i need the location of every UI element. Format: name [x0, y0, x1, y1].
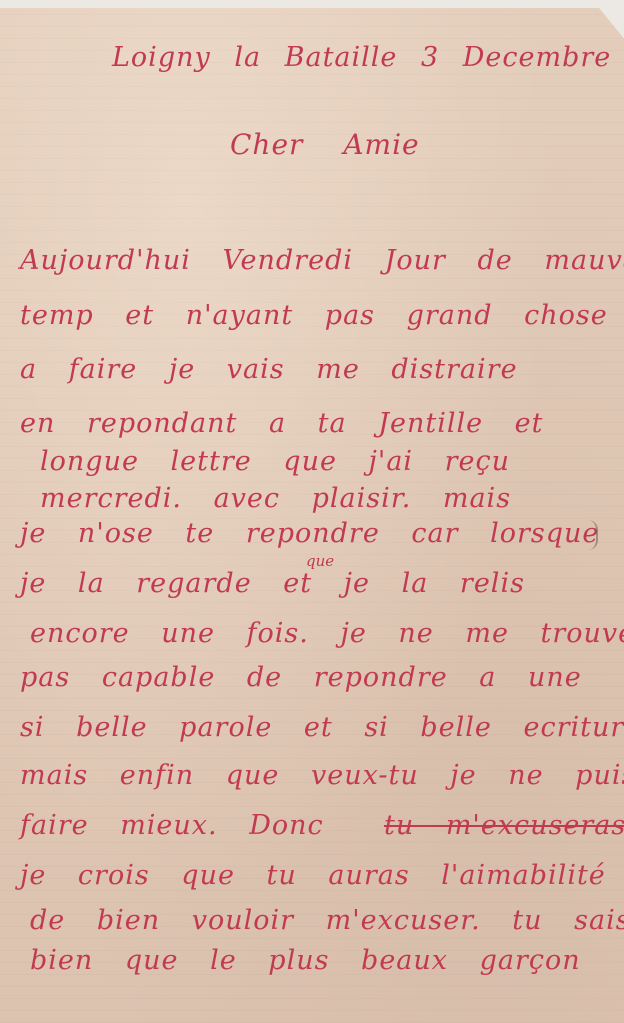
letter-greeting: Cher Amie	[230, 128, 420, 161]
letter-line: temp et n'ayant pas grand chose	[20, 300, 608, 331]
letter-line: de bien vouloir m'excuser. tu sais	[30, 905, 624, 936]
letter-place-date: Loigny la Bataille 3 Decembre 1918	[112, 42, 624, 73]
letter-line: encore une fois. je ne me trouve	[30, 618, 624, 649]
letter-line: si belle parole et si belle ecriture	[20, 712, 624, 743]
paper-mark	[586, 520, 598, 550]
letter-line: je la regarde et je la relis	[20, 568, 525, 599]
letter-line: je crois que tu auras l'aimabilité	[20, 860, 606, 891]
letter-line: en repondant a ta Jentille et	[20, 408, 544, 439]
letter-line: a faire je vais me distraire	[20, 354, 518, 385]
letter-line: Aujourd'hui Vendredi Jour de mauvais	[20, 245, 624, 276]
letter-line: mais enfin que veux-tu je ne puis	[20, 760, 624, 791]
letter-line: bien que le plus beaux garçon	[30, 945, 581, 976]
letter-line: je n'ose te repondre car lorsque	[20, 518, 599, 549]
letter-line: faire mieux. Donc	[20, 810, 324, 841]
letter-line: longue lettre que j'ai reçu	[40, 446, 510, 477]
struck-text: tu m'excuseras	[384, 810, 624, 841]
letter-line: mercredi. avec plaisir. mais	[40, 483, 511, 514]
letter-line: pas capable de repondre a une	[20, 662, 582, 693]
